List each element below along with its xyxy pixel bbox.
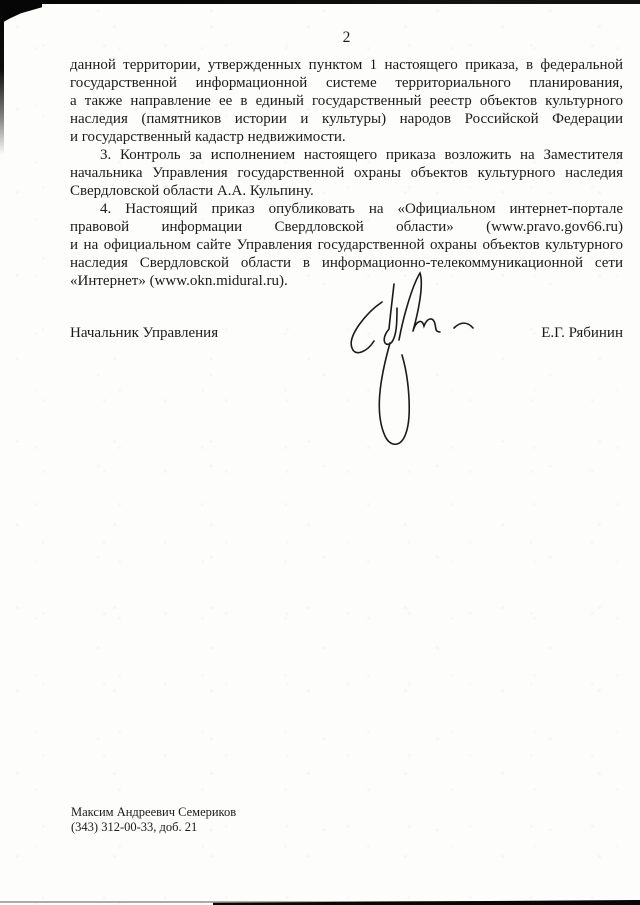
text-line: а также направление ее в единый государс…	[70, 92, 623, 110]
text-line: правовой информации Свердловской области…	[70, 218, 623, 236]
scan-artifact-top-left-corner	[0, 0, 42, 24]
signer-position-label: Начальник Управления	[70, 324, 218, 342]
paragraph: 3. Контроль за исполнением настоящего пр…	[70, 146, 623, 200]
text-line: начальника Управления государственной ох…	[70, 164, 623, 182]
text-line: наследия (памятников истории и культуры)…	[70, 110, 623, 128]
contact-name: Максим Андреевич Семериков	[71, 805, 236, 820]
text-line: Свердловской области А.А. Кульпину.	[70, 182, 623, 200]
paragraph: данной территории, утвержденных пунктом …	[70, 56, 623, 146]
contact-phone: (343) 312-00-33, доб. 21	[71, 820, 236, 835]
text-line: и государственный кадастр недвижимости.	[70, 128, 623, 146]
document-body: данной территории, утвержденных пунктом …	[70, 56, 623, 290]
signer-name: Е.Г. Рябинин	[541, 324, 623, 342]
document-page: 2 данной территории, утвержденных пункто…	[0, 0, 640, 905]
scan-artifact-top-edge	[0, 0, 640, 4]
handwritten-signature	[333, 260, 483, 470]
text-line: государственной информационной системе т…	[70, 74, 623, 92]
page-number: 2	[70, 29, 623, 47]
contact-footer: Максим Андреевич Семериков (343) 312-00-…	[71, 805, 236, 835]
scan-artifact-left-edge	[0, 0, 4, 155]
text-line: 3. Контроль за исполнением настоящего пр…	[70, 146, 623, 164]
text-line: данной территории, утвержденных пунктом …	[70, 56, 623, 74]
text-line: 4. Настоящий приказ опубликовать на «Офи…	[70, 200, 623, 218]
text-line: и на официальном сайте Управления госуда…	[70, 236, 623, 254]
